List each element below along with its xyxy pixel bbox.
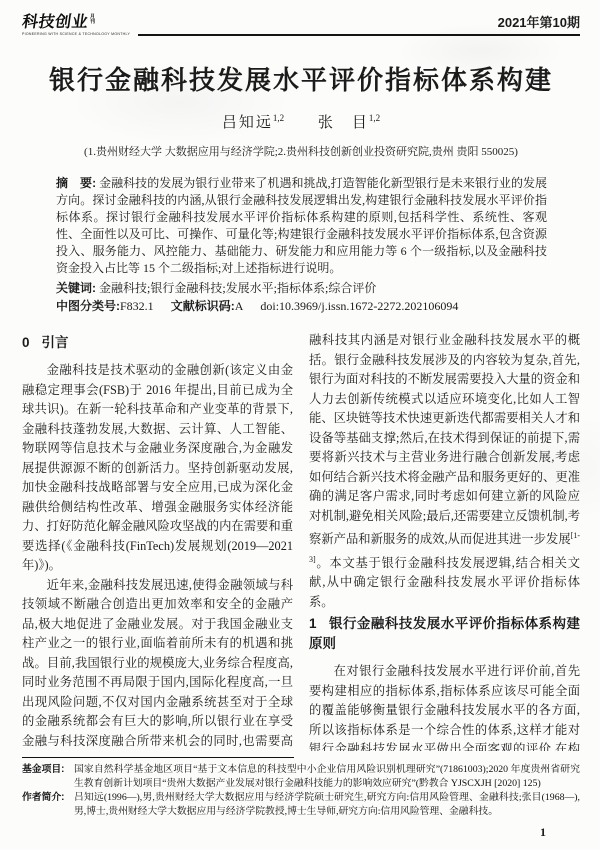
abstract-block: 摘 要: 金融科技的发展为银行业带来了机遇和挑战,打造智能化新型银行是未来银行业…	[56, 175, 547, 277]
abstract-label: 摘 要:	[56, 176, 96, 190]
clc-number-label: 中图分类号:	[56, 299, 120, 313]
left-column: 0引言 金融科技是技术驱动的金融创新(该定义由金融稳定理事会(FSB)于 201…	[22, 331, 293, 751]
footnote-block: 基金项目: 国家自然科学基金地区项目“基于文本信息的科技型中小企业信用风险识别机…	[22, 757, 580, 819]
author-2-affil-sup: 1,2	[369, 113, 380, 123]
authors-line: 吕知远1,2 张 目1,2	[22, 111, 580, 132]
clc-number-value: F832.1	[120, 299, 154, 313]
paragraph: 金融科技是技术驱动的金融创新(该定义由金融稳定理事会(FSB)于 2016 年提…	[22, 361, 293, 576]
paragraph-text: 。本文基于银行金融科技发展逻辑,结合相关文献,从中确定银行金融科技发展水平评价指…	[309, 556, 580, 609]
body-columns: 0引言 金融科技是技术驱动的金融创新(该定义由金融稳定理事会(FSB)于 201…	[22, 331, 580, 751]
clc-number: 中图分类号:F832.1	[56, 299, 154, 313]
affiliation-line: (1.贵州财经大学 大数据应用与经济学院;2.贵州科技创新创业投资研究院,贵州 …	[22, 143, 580, 159]
author-2-name: 张 目	[318, 115, 369, 131]
journal-logo-wordmark: 科技创业 月 刊	[22, 15, 130, 31]
paragraph-text: 融科技其内涵是对银行业金融科技发展水平的概括。银行金融科技发展涉及的内容较为复杂…	[309, 333, 580, 546]
journal-logo-tagline: PIONEERING WITH SCIENCE & TECHNOLOGY MON…	[22, 33, 130, 37]
journal-logo-monthly-mark: 月 刊	[90, 15, 95, 25]
section-number: 0	[22, 335, 30, 350]
journal-logo-text: 科技创业	[21, 15, 89, 31]
right-column: 融科技其内涵是对银行业金融科技发展水平的概括。银行金融科技发展涉及的内容较为复杂…	[309, 331, 580, 751]
author-1: 吕知远1,2	[222, 115, 284, 131]
section-title: 银行金融科技发展水平评价指标体系构建原则	[309, 616, 580, 651]
footnote-divider	[22, 757, 294, 758]
paragraph-continuation: 融科技其内涵是对银行业金融科技发展水平的概括。银行金融科技发展涉及的内容较为复杂…	[309, 331, 580, 612]
doc-code-value: A	[235, 299, 244, 313]
keywords-text: 金融科技;银行金融科技;发展水平;指标体系;综合评价	[99, 281, 376, 295]
abstract-text: 金融科技的发展为银行业带来了机遇和挑战,打造智能化新型银行是未来银行业的发展方向…	[56, 176, 547, 275]
author-bio-label: 作者简介:	[22, 791, 64, 805]
doc-code-label: 文献标识码:	[171, 299, 235, 313]
paragraph: 近年来,金融科技发展迅速,使得金融领域与科技领域不断融合创造出更加效率和安全的金…	[22, 576, 293, 752]
logo-sub-char: 刊	[90, 20, 95, 25]
section-heading-0: 0引言	[22, 333, 293, 353]
author-bio-text: 吕知远(1996—),男,贵州财经大学大数据应用与经济学院硕士研究生,研究方向:…	[74, 792, 580, 817]
author-1-name: 吕知远	[222, 115, 273, 131]
page-header: 科技创业 月 刊 PIONEERING WITH SCIENCE & TECHN…	[22, 8, 580, 36]
issue-label: 2021年第10期	[498, 15, 580, 30]
paper-title: 银行金融科技发展水平评价指标体系构建	[22, 60, 580, 97]
journal-logo: 科技创业 月 刊 PIONEERING WITH SCIENCE & TECHN…	[22, 15, 130, 37]
doc-code: 文献标识码:A	[171, 299, 244, 313]
section-heading-1: 1银行金融科技发展水平评价指标体系构建原则	[309, 614, 580, 654]
author-1-affil-sup: 1,2	[273, 113, 284, 123]
fund-project-label: 基金项目:	[22, 763, 64, 777]
author-bio-note: 作者简介: 吕知远(1996—),男,贵州财经大学大数据应用与经济学院硕士研究生…	[22, 791, 580, 819]
doi-text: doi:10.3969/j.issn.1672-2272.202106094	[260, 299, 458, 313]
keywords-label: 关键词:	[56, 281, 96, 295]
paragraph: 在对银行金融科技发展水平进行评价前,首先要构建相应的指标体系,指标体系应该尽可能…	[309, 662, 580, 751]
section-title: 引言	[42, 335, 69, 350]
page-number: 1	[22, 825, 580, 840]
section-number: 1	[309, 616, 317, 631]
fund-project-note: 基金项目: 国家自然科学基金地区项目“基于文本信息的科技型中小企业信用风险识别机…	[22, 763, 580, 791]
header-rule: 2021年第10期	[138, 12, 580, 36]
journal-page: 科技创业 月 刊 PIONEERING WITH SCIENCE & TECHN…	[0, 0, 600, 850]
clc-line: 中图分类号:F832.1 文献标识码:A doi:10.3969/j.issn.…	[56, 298, 547, 315]
author-2: 张 目1,2	[318, 115, 380, 131]
keywords-line: 关键词: 金融科技;银行金融科技;发展水平;指标体系;综合评价	[56, 280, 547, 297]
fund-project-text: 国家自然科学基金地区项目“基于文本信息的科技型中小企业信用风险识别机理研究”(7…	[74, 764, 580, 789]
